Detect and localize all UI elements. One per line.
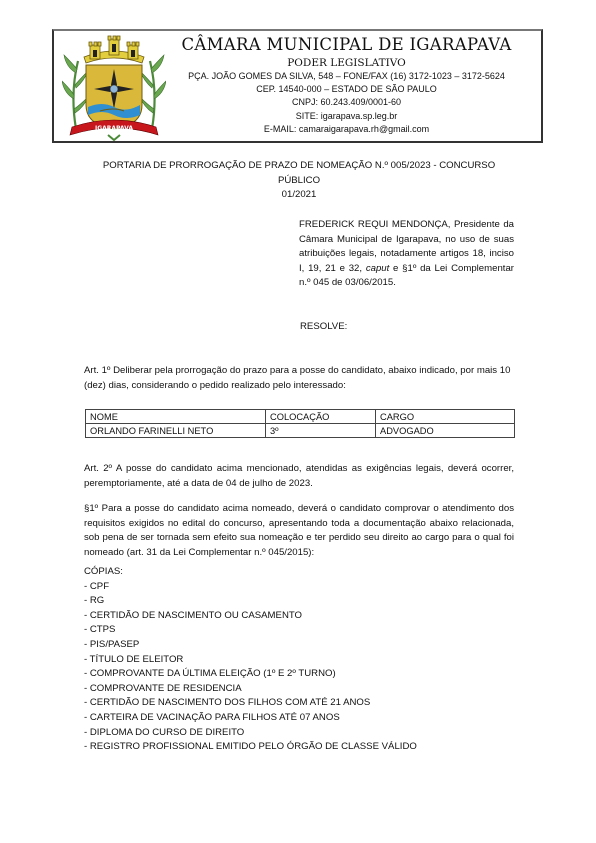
header-colocacao: COLOCAÇÃO — [266, 410, 376, 424]
crest-label: IGARAPAVA — [95, 125, 133, 132]
org-cnpj: CNPJ: 60.243.409/0001-60 — [154, 96, 539, 109]
org-email: E-MAIL: camaraigarapava.rh@gmail.com — [154, 123, 539, 136]
table-row: ORLANDO FARINELLI NETO 3º ADVOGADO — [86, 424, 515, 438]
list-item: - CPF — [84, 580, 417, 595]
article-2: Art. 2º A posse do candidato acima menci… — [84, 462, 514, 491]
preamble-caput: caput — [366, 263, 389, 274]
letterhead-text: CÂMARA MUNICIPAL DE IGARAPAVA PODER LEGI… — [154, 35, 539, 136]
list-item: - CTPS — [84, 623, 417, 638]
cell-colocacao: 3º — [266, 424, 376, 438]
list-item: - CERTIDÃO DE NASCIMENTO DOS FILHOS COM … — [84, 696, 417, 711]
org-name: CÂMARA MUNICIPAL DE IGARAPAVA — [154, 35, 539, 55]
copies-section: CÓPIAS: - CPF - RG - CERTIDÃO DE NASCIME… — [84, 565, 417, 755]
list-item: - CARTEIRA DE VACINAÇÃO PARA FILHOS ATÉ … — [84, 711, 417, 726]
paragraph-1: §1º Para a posse do candidato acima nome… — [84, 502, 514, 560]
copies-title: CÓPIAS: — [84, 565, 417, 580]
list-item: - RG — [84, 594, 417, 609]
org-subtitle: PODER LEGISLATIVO — [154, 56, 539, 70]
cell-cargo: ADVOGADO — [376, 424, 515, 438]
org-site: SITE: igarapava.sp.leg.br — [154, 110, 539, 123]
letterhead: IGARAPAVA CÂMARA MUNICIPAL DE IGARAPAVA … — [52, 29, 543, 143]
org-cep: CEP. 14540-000 – ESTADO DE SÃO PAULO — [154, 83, 539, 96]
article-1: Art. 1º Deliberar pela prorrogação do pr… — [84, 364, 514, 393]
copies-list: - CPF - RG - CERTIDÃO DE NASCIMENTO OU C… — [84, 580, 417, 755]
header-cargo: CARGO — [376, 410, 515, 424]
municipal-crest-icon: IGARAPAVA — [62, 33, 166, 141]
list-item: - PIS/PASEP — [84, 638, 417, 653]
cell-nome: ORLANDO FARINELLI NETO — [86, 424, 266, 438]
preamble: FREDERICK REQUI MENDONÇA, Presidente da … — [299, 218, 514, 291]
document-title: PORTARIA DE PRORROGAÇÃO DE PRAZO DE NOME… — [84, 159, 514, 203]
org-address: PÇA. JOÃO GOMES DA SILVA, 548 – FONE/FAX… — [154, 70, 539, 83]
list-item: - DIPLOMA DO CURSO DE DIREITO — [84, 726, 417, 741]
header-nome: NOME — [86, 410, 266, 424]
document-title-line-1: PORTARIA DE PRORROGAÇÃO DE PRAZO DE NOME… — [84, 159, 514, 188]
list-item: - COMPROVANTE DE RESIDENCIA — [84, 682, 417, 697]
candidate-table: NOME COLOCAÇÃO CARGO ORLANDO FARINELLI N… — [85, 409, 515, 438]
list-item: - CERTIDÃO DE NASCIMENTO OU CASAMENTO — [84, 609, 417, 624]
resolve-heading: RESOLVE: — [300, 321, 347, 332]
list-item: - REGISTRO PROFISSIONAL EMITIDO PELO ÓRG… — [84, 740, 417, 755]
document-title-line-2: 01/2021 — [84, 188, 514, 203]
list-item: - COMPROVANTE DA ÚLTIMA ELEIÇÃO (1º E 2º… — [84, 667, 417, 682]
list-item: - TÍTULO DE ELEITOR — [84, 653, 417, 668]
table-header-row: NOME COLOCAÇÃO CARGO — [86, 410, 515, 424]
